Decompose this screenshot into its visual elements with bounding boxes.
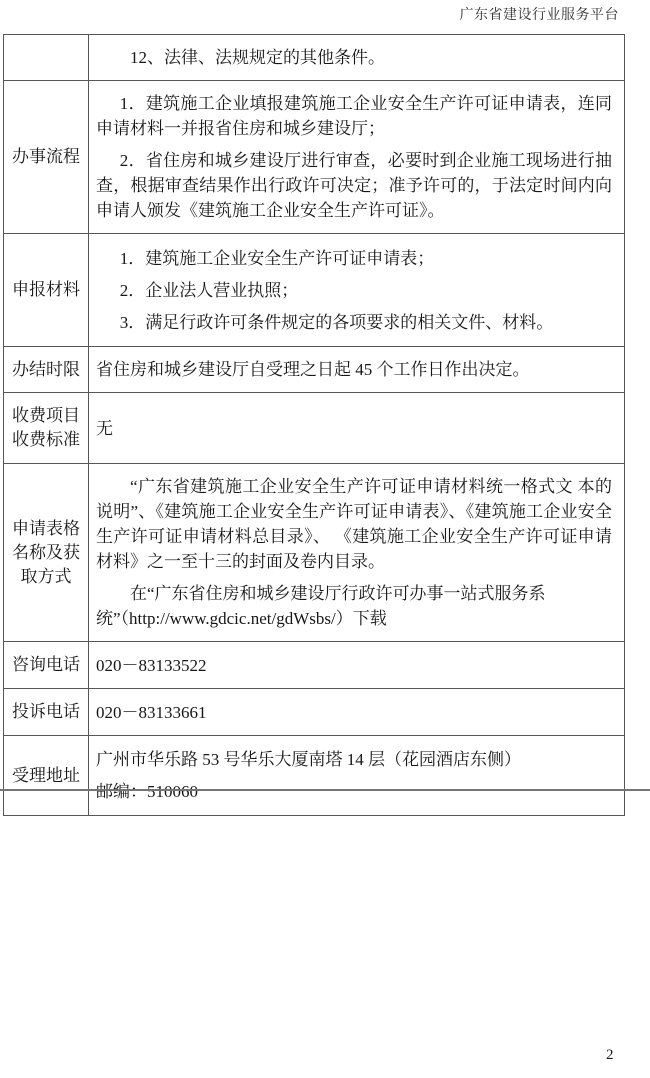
row-header-cell: 咨询电话 bbox=[4, 642, 89, 689]
document-page: { "header": { "platform_title": "广东省建设行业… bbox=[0, 0, 650, 1078]
table-row: 收费项目 收费标准 无 bbox=[4, 393, 625, 464]
row-header-line: 咨询电话 bbox=[5, 653, 87, 677]
consult-phone-value: 020－83133522 bbox=[96, 653, 612, 678]
row-content-cell: 020－83133522 bbox=[89, 642, 625, 689]
complaint-phone-value: 020－83133661 bbox=[96, 700, 612, 725]
row-header-cell: 受理地址 bbox=[4, 736, 89, 816]
paragraph: 1．建筑施工企业安全生产许可证申请表； bbox=[96, 246, 612, 271]
address-line: 广州市华乐路 53 号华乐大厦南塔 14 层（花园酒店东侧） bbox=[96, 747, 612, 772]
row-header-cell: 申请表格 名称及获 取方式 bbox=[4, 464, 89, 642]
row-header-line: 办事流程 bbox=[5, 145, 87, 169]
row-header-line: 投诉电话 bbox=[5, 700, 87, 724]
row-header-cell: 收费项目 收费标准 bbox=[4, 393, 89, 464]
paragraph: 无 bbox=[96, 416, 612, 441]
row-header-cell: 办事流程 bbox=[4, 81, 89, 234]
table-row: 受理地址 广州市华乐路 53 号华乐大厦南塔 14 层（花园酒店东侧） 邮编：5… bbox=[4, 736, 625, 816]
table-row: 12、法律、法规规定的其他条件。 bbox=[4, 35, 625, 81]
row-header-cell bbox=[4, 35, 89, 81]
row-header-line: 申请表格 bbox=[5, 517, 87, 541]
table-row: 申报材料 1．建筑施工企业安全生产许可证申请表； 2．企业法人营业执照； 3．满… bbox=[4, 234, 625, 347]
paragraph: 3．满足行政许可条件规定的各项要求的相关文件、材料。 bbox=[96, 310, 612, 335]
paragraph: 在“广东省住房和城乡建设厅行政许可办事一站式服务系统”（http://www.g… bbox=[96, 581, 612, 631]
row-header-cell: 投诉电话 bbox=[4, 689, 89, 736]
row-content-cell: 020－83133661 bbox=[89, 689, 625, 736]
row-header-line: 收费项目 bbox=[5, 404, 87, 428]
row-header-cell: 申报材料 bbox=[4, 234, 89, 347]
table-row: 办结时限 省住房和城乡建设厅自受理之日起 45 个工作日作出决定。 bbox=[4, 347, 625, 393]
row-content-cell: 1．建筑施工企业安全生产许可证申请表； 2．企业法人营业执照； 3．满足行政许可… bbox=[89, 234, 625, 347]
row-header-line: 取方式 bbox=[5, 565, 87, 589]
paragraph: “广东省建筑施工企业安全生产许可证申请材料统一格式文 本的说明”、《建筑施工企业… bbox=[96, 474, 612, 574]
row-header-line: 收费标准 bbox=[5, 428, 87, 452]
paragraph: 2．省住房和城乡建设厅进行审查，必要时到企业施工现场进行抽查，根据审查结果作出行… bbox=[96, 148, 612, 223]
application-info-table: 12、法律、法规规定的其他条件。 办事流程 1．建筑施工企业填报建筑施工企业安全… bbox=[3, 34, 625, 816]
row-content-cell: 1．建筑施工企业填报建筑施工企业安全生产许可证申请表，连同申请材料一并报省住房和… bbox=[89, 81, 625, 234]
table-row: 咨询电话 020－83133522 bbox=[4, 642, 625, 689]
row-content-cell: 12、法律、法规规定的其他条件。 bbox=[89, 35, 625, 81]
table-row: 办事流程 1．建筑施工企业填报建筑施工企业安全生产许可证申请表，连同申请材料一并… bbox=[4, 81, 625, 234]
row-header-line: 受理地址 bbox=[5, 764, 87, 788]
postal-code-line: 邮编：510060 bbox=[96, 779, 612, 804]
table-bottom-rule bbox=[0, 789, 650, 791]
row-content-cell: 广州市华乐路 53 号华乐大厦南塔 14 层（花园酒店东侧） 邮编：510060 bbox=[89, 736, 625, 816]
row-content-cell: 省住房和城乡建设厅自受理之日起 45 个工作日作出决定。 bbox=[89, 347, 625, 393]
paragraph: 2．企业法人营业执照； bbox=[96, 278, 612, 303]
row-header-line: 申报材料 bbox=[5, 278, 87, 302]
paragraph: 省住房和城乡建设厅自受理之日起 45 个工作日作出决定。 bbox=[96, 357, 612, 382]
row-content-cell: 无 bbox=[89, 393, 625, 464]
row-header-line: 办结时限 bbox=[5, 358, 87, 382]
table-row: 投诉电话 020－83133661 bbox=[4, 689, 625, 736]
paragraph: 1．建筑施工企业填报建筑施工企业安全生产许可证申请表，连同申请材料一并报省住房和… bbox=[96, 91, 612, 141]
row-content-cell: “广东省建筑施工企业安全生产许可证申请材料统一格式文 本的说明”、《建筑施工企业… bbox=[89, 464, 625, 642]
page-number: 2 bbox=[606, 1047, 614, 1064]
row-header-cell: 办结时限 bbox=[4, 347, 89, 393]
row-header-line: 名称及获 bbox=[5, 541, 87, 565]
platform-title: 广东省建设行业服务平台 bbox=[460, 4, 620, 24]
paragraph: 12、法律、法规规定的其他条件。 bbox=[96, 45, 612, 70]
table-row: 申请表格 名称及获 取方式 “广东省建筑施工企业安全生产许可证申请材料统一格式文… bbox=[4, 464, 625, 642]
